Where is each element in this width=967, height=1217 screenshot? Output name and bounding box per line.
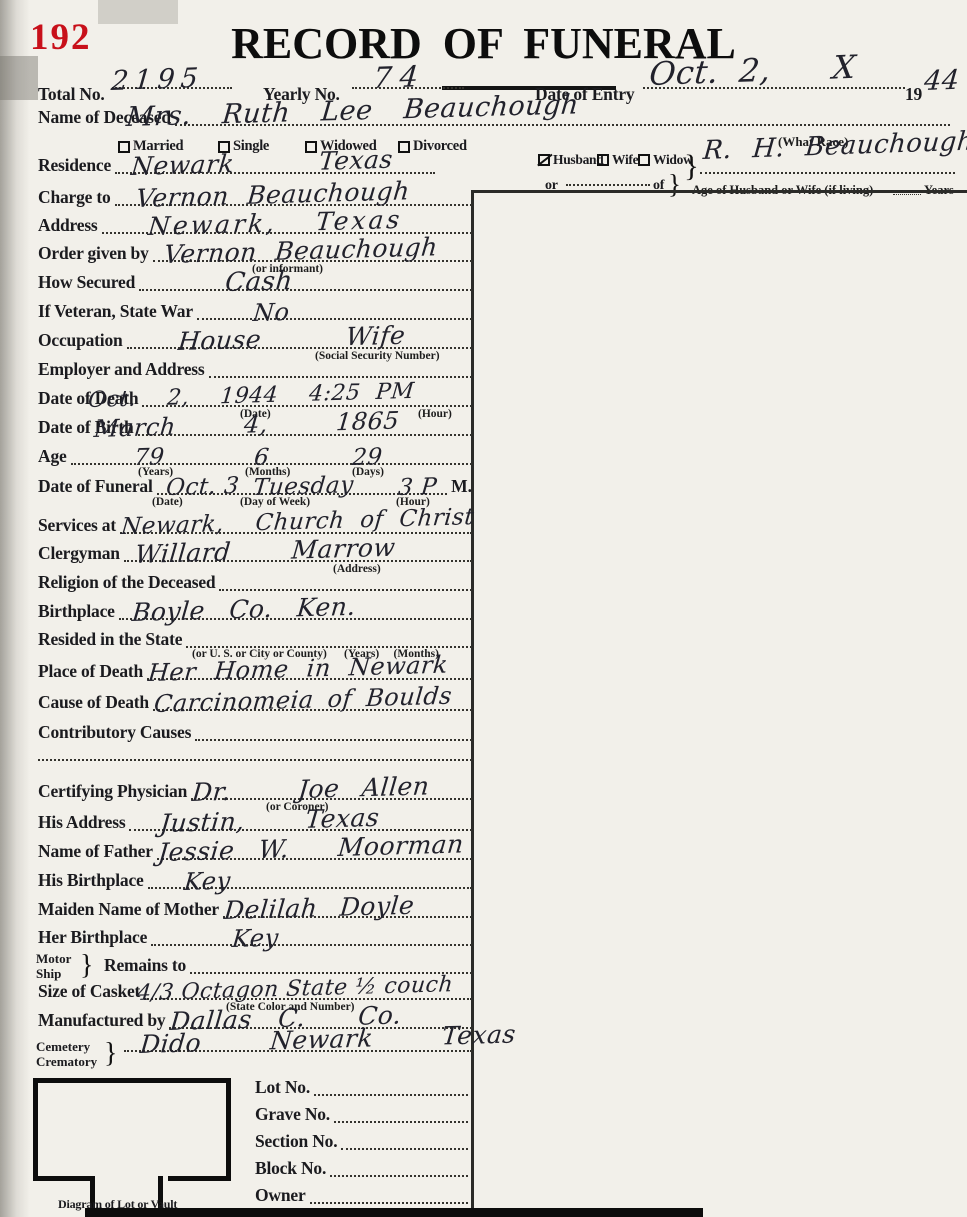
cemetery-brace: }: [104, 1038, 117, 1070]
field-employer-label: Employer and Address: [38, 359, 205, 380]
field-services-at-label: Services at: [38, 515, 116, 536]
field-date-of-funeral: Date of Funeral Oct. 3 Tuesday 3 P M.: [38, 476, 472, 497]
field-date-of-birth-line: March 4, 1865: [138, 427, 472, 436]
field-father-label: Name of Father: [38, 841, 153, 862]
motor-ship-brace: }: [80, 950, 93, 982]
field-age: Age 79 6 29: [38, 446, 472, 467]
field-resided-label: Resided in the State: [38, 629, 182, 650]
field-employer: Employer and Address: [38, 359, 472, 380]
field-section-no-line: [341, 1141, 468, 1150]
crematory-label: Crematory: [36, 1054, 97, 1069]
field-clergyman-label: Clergyman: [38, 543, 120, 564]
field-father-line: Jessie W. Moorman: [157, 851, 472, 860]
field-address-label: Address: [38, 215, 98, 236]
field-remains-to-label: Remains to: [104, 955, 186, 976]
wife-label: Wife: [612, 152, 638, 168]
field-how-secured-label: How Secured: [38, 272, 135, 293]
field-contributory: Contributory Causes: [38, 722, 472, 743]
field-casket-line: 4/3 Octagon State ½ couch: [144, 991, 472, 1000]
field-cause-of-death-label: Cause of Death: [38, 692, 149, 713]
husband-checkbox: [538, 154, 550, 166]
field-name: Name of Deceased Mrs. Ruth Lee Beauchoug…: [38, 107, 950, 128]
field-cause-of-death: Cause of Death Carcinomeia of Boulds: [38, 692, 472, 713]
field-section-no-label: Section No.: [255, 1131, 337, 1152]
divorced-checkbox: [398, 141, 410, 153]
field-birthplace-line: Boyle Co. Ken.: [119, 611, 472, 620]
field-mother-birthplace-label: Her Birthplace: [38, 927, 147, 948]
field-date-of-birth: Date of Birth March 4, 1865: [38, 417, 472, 438]
field-cause-of-death-value: Carcinomeia of Boulds: [153, 684, 453, 716]
field-owner-line: [310, 1195, 468, 1204]
spouse-brace: }: [684, 148, 699, 184]
diagram-bottom-left-segment: [38, 1176, 95, 1181]
field-occupation: Occupation House Wife: [38, 330, 472, 351]
field-mother-line: Delilah Doyle: [223, 909, 472, 918]
field-date-of-birth-value: March 4, 1865: [93, 408, 400, 441]
divorced-label: Divorced: [413, 138, 467, 155]
field-veteran: If Veteran, State War No: [38, 301, 472, 322]
field-mother-birthplace-value: Key: [231, 926, 280, 951]
scan-edge-shadow: [0, 0, 30, 1217]
field-charge-to-label: Charge to: [38, 187, 111, 208]
field-certifying-physician: Certifying Physician Dr. Joe Allen: [38, 781, 472, 802]
right-panel-top-rule: [471, 190, 967, 193]
field-employer-line: [209, 369, 472, 378]
scan-bottom-bar: [85, 1208, 703, 1217]
date-of-entry-value: Oct. 2, X: [648, 51, 857, 90]
field-block-no-label: Block No.: [255, 1158, 326, 1179]
field-clergyman: Clergyman Willard Marrow: [38, 543, 472, 564]
field-resided: Resided in the State: [38, 629, 472, 650]
field-birthplace-label: Birthplace: [38, 601, 115, 622]
field-how-secured: How Secured Cash: [38, 272, 472, 293]
field-cemetery: Dido Newark Texas: [124, 1043, 472, 1054]
field-services-at-line: Newark, Church of Christ: [120, 525, 472, 534]
field-place-of-death-value: Her Home in Newark: [147, 653, 449, 685]
cemetery-crematory-labels: Cemetery Crematory: [36, 1040, 97, 1070]
field-residence-value: Newark Texas: [130, 147, 394, 179]
field-lot-no-label: Lot No.: [255, 1077, 310, 1098]
contributory-continuation-line: [38, 752, 472, 761]
field-services-at: Services at Newark, Church of Christ: [38, 515, 472, 536]
funeral-day-note: (Day of Week): [240, 496, 310, 508]
field-residence-line: Newark Texas: [115, 165, 435, 174]
total-no-value: 2195: [110, 65, 205, 95]
field-resided-line: [186, 639, 472, 648]
motor-ship-labels: Motor Ship: [36, 952, 71, 982]
field-how-secured-line: Cash: [139, 282, 472, 291]
or-line: [566, 177, 650, 186]
husband-label: Husband: [553, 152, 603, 168]
year-value: 44: [923, 67, 961, 95]
field-cemetery-line: Dido Newark Texas: [124, 1043, 472, 1052]
field-block-no: Block No.: [255, 1158, 468, 1179]
field-veteran-value: No: [252, 300, 291, 325]
funeral-m-label: M.: [451, 476, 472, 497]
field-his-address-value: Justin, Texas: [159, 805, 381, 836]
field-father-value: Jessie W. Moorman: [157, 831, 465, 865]
field-mother-birthplace-line: Key: [151, 937, 472, 946]
field-birthplace: Birthplace Boyle Co. Ken.: [38, 601, 472, 622]
field-place-of-death: Place of Death Her Home in Newark: [38, 661, 472, 682]
field-how-secured-value: Cash: [224, 268, 294, 296]
field-services-at-value: Newark, Church of Christ: [120, 506, 475, 539]
field-order-given-by-label: Order given by: [38, 243, 149, 264]
field-order-given-by: Order given by Vernon Beauchough: [38, 243, 472, 264]
field-date-of-funeral-label: Date of Funeral: [38, 476, 153, 497]
field-father-birthplace: His Birthplace Key: [38, 870, 472, 891]
field-occupation-label: Occupation: [38, 330, 123, 351]
field-father-birthplace-label: His Birthplace: [38, 870, 144, 891]
field-name-line: Mrs. Ruth Lee Beauchough: [175, 117, 950, 126]
field-mother-label: Maiden Name of Mother: [38, 899, 219, 920]
field-father: Name of Father Jessie W. Moorman: [38, 841, 472, 862]
field-manufactured-by-label: Manufactured by: [38, 1010, 165, 1031]
field-occupation-line: House Wife: [127, 340, 472, 349]
checkbox-divorced: Divorced: [398, 138, 467, 155]
field-veteran-label: If Veteran, State War: [38, 301, 193, 322]
checkbox-wife: Wife: [597, 152, 638, 168]
field-block-no-line: [330, 1168, 468, 1177]
field-lot-no: Lot No.: [255, 1077, 468, 1098]
field-charge-to-line: Vernon Beauchough: [115, 197, 472, 206]
field-casket: Size of Casket 4/3 Octagon State ½ couch: [38, 981, 472, 1002]
field-cause-of-death-line: Carcinomeia of Boulds: [153, 702, 472, 711]
field-father-birthplace-value: Key: [183, 869, 232, 894]
field-certifying-physician-label: Certifying Physician: [38, 781, 187, 802]
checkbox-husband: Husband: [538, 152, 603, 168]
field-charge-to: Charge to Vernon Beauchough: [38, 187, 472, 208]
field-father-birthplace-line: Key: [148, 880, 472, 889]
field-certifying-physician-line: Dr. Joe Allen: [191, 791, 472, 800]
field-owner-label: Owner: [255, 1185, 306, 1206]
field-date-of-funeral-line: Oct. 3 Tuesday 3 P: [157, 486, 447, 495]
field-date-of-death-line: Oct. 2, 1944 4:25 PM: [142, 398, 472, 407]
cemetery-label: Cemetery: [36, 1039, 90, 1054]
field-religion: Religion of the Deceased: [38, 572, 472, 593]
field-contributory-label: Contributory Causes: [38, 722, 191, 743]
field-residence-label: Residence: [38, 155, 111, 176]
field-mother-birthplace: Her Birthplace Key: [38, 927, 472, 948]
field-birthplace-value: Boyle Co. Ken.: [131, 594, 357, 625]
field-religion-label: Religion of the Deceased: [38, 572, 215, 593]
field-grave-no-line: [334, 1114, 468, 1123]
married-checkbox: [118, 141, 130, 153]
field-age-label: Age: [38, 446, 67, 467]
field-mother-value: Delilah Doyle: [223, 893, 416, 923]
spouse-name-value: R. H. Beauchough: [702, 128, 967, 164]
widow-checkbox: [638, 154, 650, 166]
yearly-no-value: 74: [372, 62, 427, 93]
field-owner: Owner: [255, 1185, 468, 1206]
funeral-date-note: (Date): [152, 496, 183, 508]
field-mother: Maiden Name of Mother Delilah Doyle: [38, 899, 472, 920]
field-place-of-death-label: Place of Death: [38, 661, 143, 682]
field-name-value: Mrs. Ruth Lee Beauchough: [125, 91, 580, 131]
field-grave-no: Grave No.: [255, 1104, 468, 1125]
field-casket-label: Size of Casket: [38, 981, 140, 1002]
field-order-given-by-line: Vernon Beauchough: [153, 253, 472, 262]
field-section-no: Section No.: [255, 1131, 468, 1152]
field-lot-no-line: [314, 1087, 468, 1096]
funeral-record-page: 192 RECORD OF FUNERAL Total No. 2195 Yea…: [0, 0, 967, 1217]
field-place-of-death-line: Her Home in Newark: [147, 671, 472, 680]
contributory-continuation: [38, 752, 472, 763]
wife-checkbox: [597, 154, 609, 166]
spouse-name-line: [700, 165, 955, 174]
field-contributory-line: [195, 732, 472, 741]
diagram-bottom-right-segment: [168, 1176, 226, 1181]
field-his-address-label: His Address: [38, 812, 125, 833]
field-his-address: His Address Justin, Texas: [38, 812, 472, 833]
field-age-line: 79 6 29: [71, 456, 472, 465]
field-clergyman-line: Willard Marrow: [124, 553, 472, 562]
ship-label: Ship: [36, 966, 61, 981]
motor-label: Motor: [36, 951, 71, 966]
year-prefix: 19: [905, 84, 922, 105]
total-no-label: Total No.: [38, 84, 105, 105]
field-residence: Residence Newark Texas: [38, 155, 435, 176]
field-religion-line: [219, 582, 472, 591]
of-brace: }: [668, 169, 681, 200]
lot-diagram: [33, 1078, 231, 1181]
field-date-of-death: Date of Death Oct. 2, 1944 4:25 PM: [38, 388, 472, 409]
field-veteran-line: No: [197, 311, 472, 320]
field-grave-no-label: Grave No.: [255, 1104, 330, 1125]
